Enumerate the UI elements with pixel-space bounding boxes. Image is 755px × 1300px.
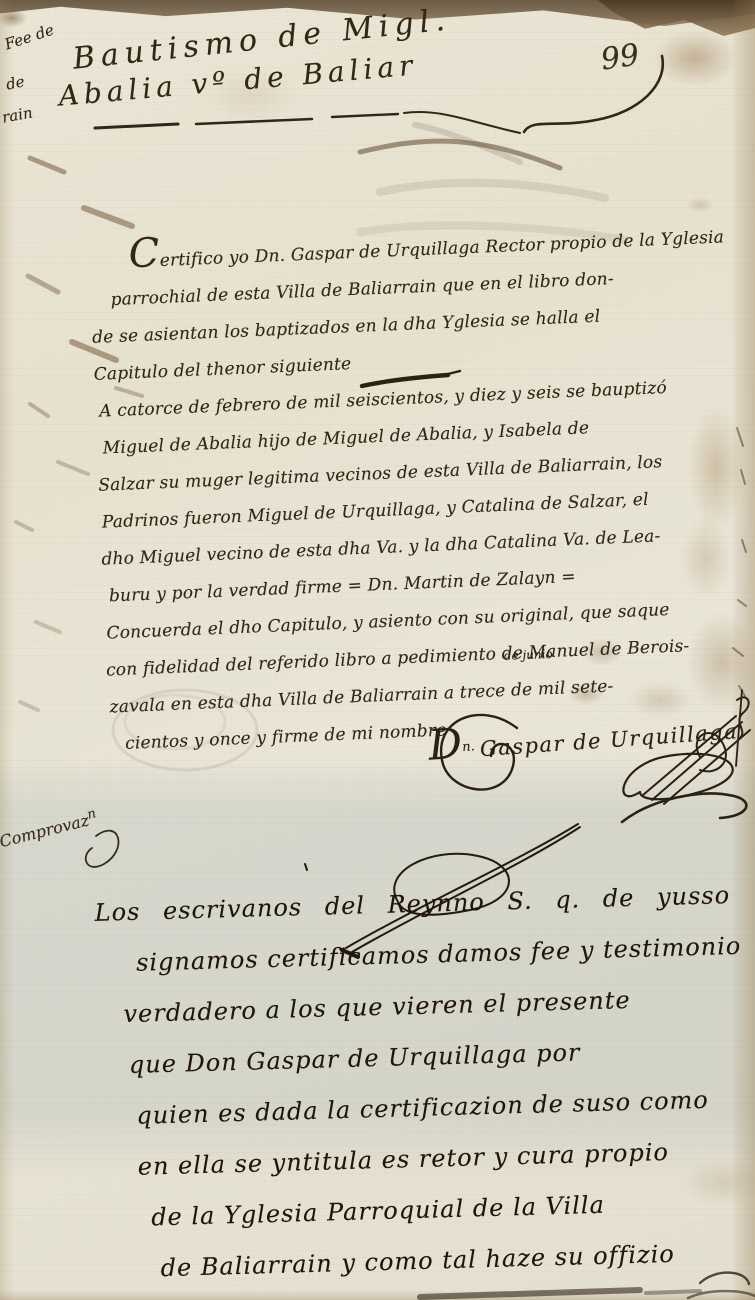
margin-note-flourish: [86, 831, 119, 867]
margin-note: Comprovazn: [0, 806, 99, 851]
date-insertion: de junio: [504, 647, 553, 663]
manuscript-scan-page: Fee de Bautismo de Migl. de Abalia vº de…: [0, 0, 755, 1300]
header-prefix: Fee de: [2, 21, 56, 54]
certification-paragraph: Certifico yo Dn. Gaspar de Urquillaga Re…: [88, 211, 754, 764]
page-top-right-edge: [598, 0, 755, 36]
margin-note-text: Comprovaz: [0, 811, 91, 852]
page-number: 99: [599, 38, 642, 78]
attestation-paragraph: Los escrivanos del Reynno S. q. de yusso…: [90, 870, 731, 1295]
signature-superscript: n.: [462, 739, 476, 755]
header-title-line3: rain: [1, 103, 34, 126]
header-prefix2: de: [4, 72, 26, 93]
signature-initial: D: [427, 719, 464, 770]
signature-name: Gaspar de Urquillaga: [479, 719, 739, 761]
page-left-edge: [0, 0, 14, 1300]
